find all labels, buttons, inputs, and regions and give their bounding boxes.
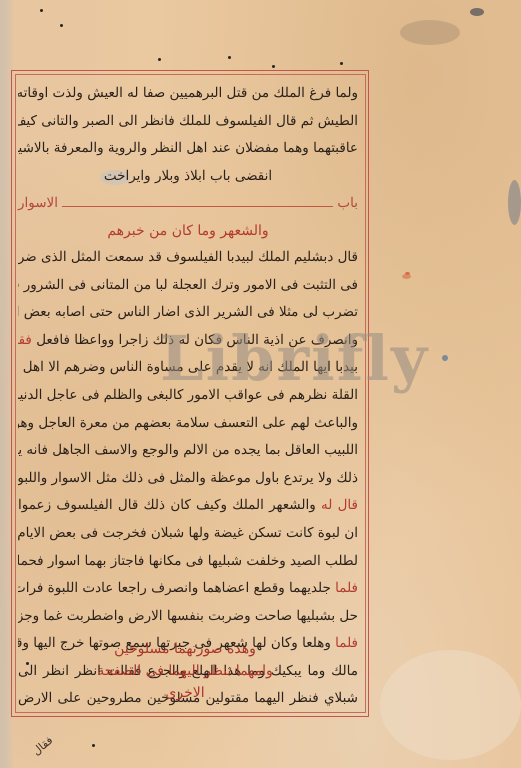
chapter-subtitle: والشعهر وما كان من خبرهم bbox=[18, 218, 358, 244]
text-line: انقضى باب ابلاذ وبلار وايراخت bbox=[18, 163, 358, 191]
rubric-splash bbox=[402, 274, 411, 279]
text-line: حل بشبليها صاحت وضربت بنفسها الارض واضطر… bbox=[18, 603, 358, 631]
text-line: والباعث لهم على التعسف سلامة بعضهم من مع… bbox=[18, 410, 358, 438]
text-line: وانصرف عن اذية الناس فكان له ذلك زاجرا و… bbox=[18, 327, 358, 355]
text-segment: وانصرف عن اذية الناس فكان له ذلك زاجرا و… bbox=[36, 332, 358, 348]
caption-line: وهذه صورتهما مسلوخين bbox=[60, 638, 310, 660]
text-line: تضرب لى مثلا فى الشرير الذى اضار الناس ح… bbox=[18, 299, 358, 327]
speck bbox=[92, 744, 95, 747]
speck bbox=[60, 24, 63, 27]
heading-title: الاسوار bbox=[18, 190, 58, 218]
heading-word: باب bbox=[337, 190, 358, 218]
rubric-word: فلما bbox=[335, 580, 358, 596]
foxing-stain bbox=[400, 20, 460, 45]
text-line: فى التثبت فى الامور وترك العجلة لبا من ا… bbox=[18, 272, 358, 300]
text-line: لطلب الصيد وخلفت شبليها فى مكانها فاجتاز… bbox=[18, 548, 358, 576]
ink-stain bbox=[508, 180, 521, 225]
water-stain bbox=[380, 650, 521, 760]
text-line: قال دبشليم الملك لبيدبا الفيلسوف قد سمعت… bbox=[18, 244, 358, 272]
text-line: ذلك ولا يرتدع باول موعظة والمثل فى ذلك م… bbox=[18, 465, 358, 493]
rubric-word: قال له bbox=[321, 497, 358, 513]
text-segment: جلديهما وقطع اعضاهما وانصرف راجعا عادت ا… bbox=[18, 580, 331, 596]
speck bbox=[40, 9, 43, 12]
rubric-word: فلما bbox=[335, 635, 358, 651]
chapter-heading: باب الاسوار bbox=[18, 190, 358, 218]
ink-stain bbox=[470, 8, 484, 16]
speck bbox=[272, 65, 275, 68]
caption-line: وامهما تنظر اليهما فى الصفحة bbox=[60, 660, 310, 682]
caption-line: الاخرى bbox=[60, 682, 310, 704]
text-segment: والشعهر الملك وكيف كان ذلك قال الفيلسوف … bbox=[18, 497, 316, 513]
illustration-caption: وهذه صورتهما مسلوخين وامهما تنظر اليهما … bbox=[60, 638, 310, 704]
heading-rule bbox=[62, 206, 333, 207]
text-line: عاقبتهما وهما مفضلان عند اهل النظر والرو… bbox=[18, 135, 358, 163]
speck bbox=[340, 62, 343, 65]
rubric-word: فقال bbox=[18, 332, 32, 348]
speck bbox=[228, 56, 231, 59]
text-line: ولما فرغ الملك من قتل البرهميين صفا له ا… bbox=[18, 80, 358, 108]
ink-stain bbox=[442, 355, 448, 361]
speck bbox=[158, 58, 161, 61]
text-line: الطيش ثم قال الفيلسوف للملك فانظر الى ال… bbox=[18, 108, 358, 136]
manuscript-text: ولما فرغ الملك من قتل البرهميين صفا له ا… bbox=[18, 80, 358, 713]
text-line: قال له والشعهر الملك وكيف كان ذلك قال ال… bbox=[18, 492, 358, 520]
catchword: فقال bbox=[30, 734, 55, 758]
text-line: ان لبوة كانت تسكن غيضة ولها شبلان فخرجت … bbox=[18, 520, 358, 548]
manuscript-page: ولما فرغ الملك من قتل البرهميين صفا له ا… bbox=[0, 0, 521, 768]
text-line: القلة نظرهم فى عواقب الامور كالبغى والظل… bbox=[18, 382, 358, 410]
text-line: بيدبا ايها الملك انه لا يقدم على مساوة ا… bbox=[18, 354, 358, 382]
text-line: فلما جلديهما وقطع اعضاهما وانصرف راجعا ع… bbox=[18, 575, 358, 603]
text-line: اللبيب العاقل بما يجده من الالم والوجع و… bbox=[18, 437, 358, 465]
